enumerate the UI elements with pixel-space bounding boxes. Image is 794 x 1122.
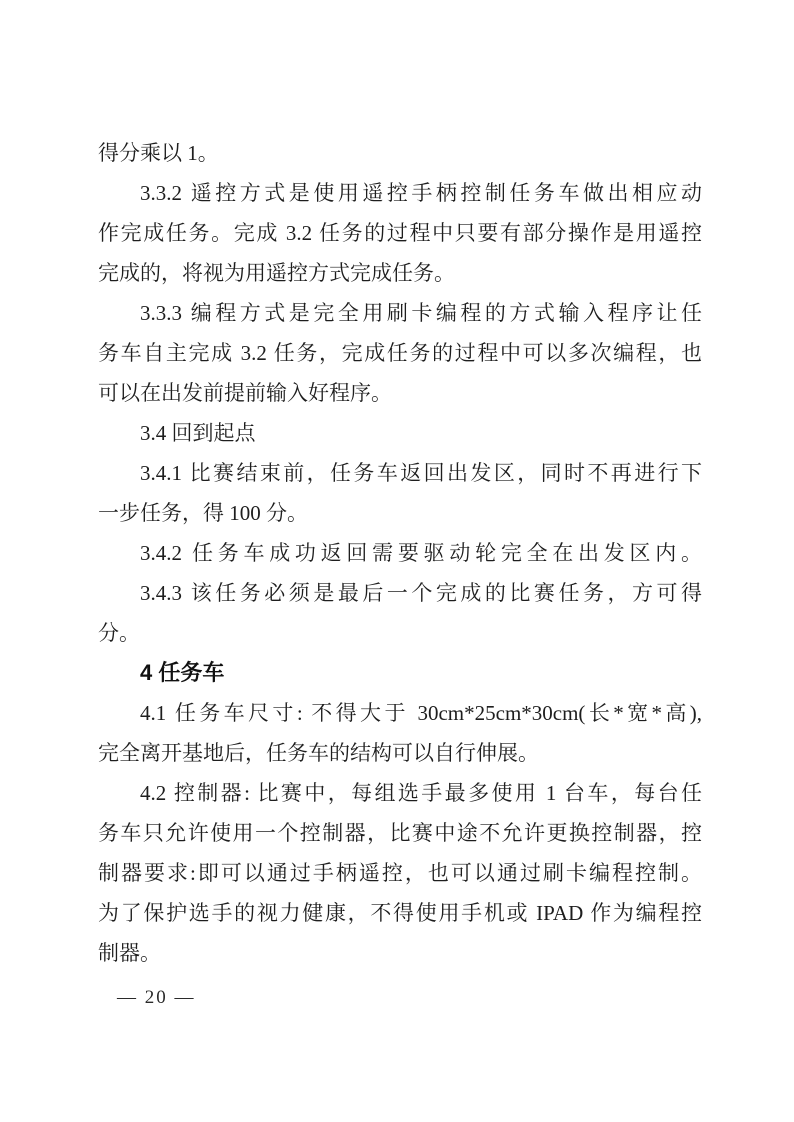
text-line: 制器要求:即可以通过手柄遥控，也可以通过刷卡编程控制。 — [98, 853, 702, 893]
text-line: 分。 — [98, 613, 702, 653]
text-line: 4.1 任务车尺寸: 不得大于 30cm*25cm*30cm(长*宽*高), — [98, 693, 702, 733]
text-line: 完成的，将视为用遥控方式完成任务。 — [98, 253, 702, 293]
text-line: 完全离开基地后，任务车的结构可以自行伸展。 — [98, 733, 702, 773]
text-line: 3.3.2 遥控方式是使用遥控手柄控制任务车做出相应动 — [98, 173, 702, 213]
text-line: 制器。 — [98, 933, 702, 973]
text-line: 一步任务，得 100 分。 — [98, 493, 702, 533]
page-number: — 20 — — [117, 984, 196, 1012]
text-line: 可以在出发前提前输入好程序。 — [98, 373, 702, 413]
document-page: 得分乘以 1。3.3.2 遥控方式是使用遥控手柄控制任务车做出相应动作完成任务。… — [0, 0, 794, 1122]
text-line: 3.3.3 编程方式是完全用刷卡编程的方式输入程序让任 — [98, 293, 702, 333]
text-line: 务车只允许使用一个控制器，比赛中途不允许更换控制器，控 — [98, 813, 702, 853]
section-heading: 4 任务车 — [98, 653, 702, 693]
text-line: 作完成任务。完成 3.2 任务的过程中只要有部分操作是用遥控 — [98, 213, 702, 253]
text-line: 3.4.1 比赛结束前，任务车返回出发区，同时不再进行下 — [98, 453, 702, 493]
text-line: 3.4.2 任务车成功返回需要驱动轮完全在出发区内。 — [98, 533, 702, 573]
text-line: 得分乘以 1。 — [98, 133, 702, 173]
text-line: 为了保护选手的视力健康，不得使用手机或 IPAD 作为编程控 — [98, 893, 702, 933]
text-line: 3.4 回到起点 — [98, 413, 702, 453]
text-line: 务车自主完成 3.2 任务，完成任务的过程中可以多次编程，也 — [98, 333, 702, 373]
text-line: 3.4.3 该任务必须是最后一个完成的比赛任务，方可得 — [98, 573, 702, 613]
text-line: 4.2 控制器: 比赛中，每组选手最多使用 1 台车，每台任 — [98, 773, 702, 813]
document-text-block: 得分乘以 1。3.3.2 遥控方式是使用遥控手柄控制任务车做出相应动作完成任务。… — [98, 133, 702, 973]
